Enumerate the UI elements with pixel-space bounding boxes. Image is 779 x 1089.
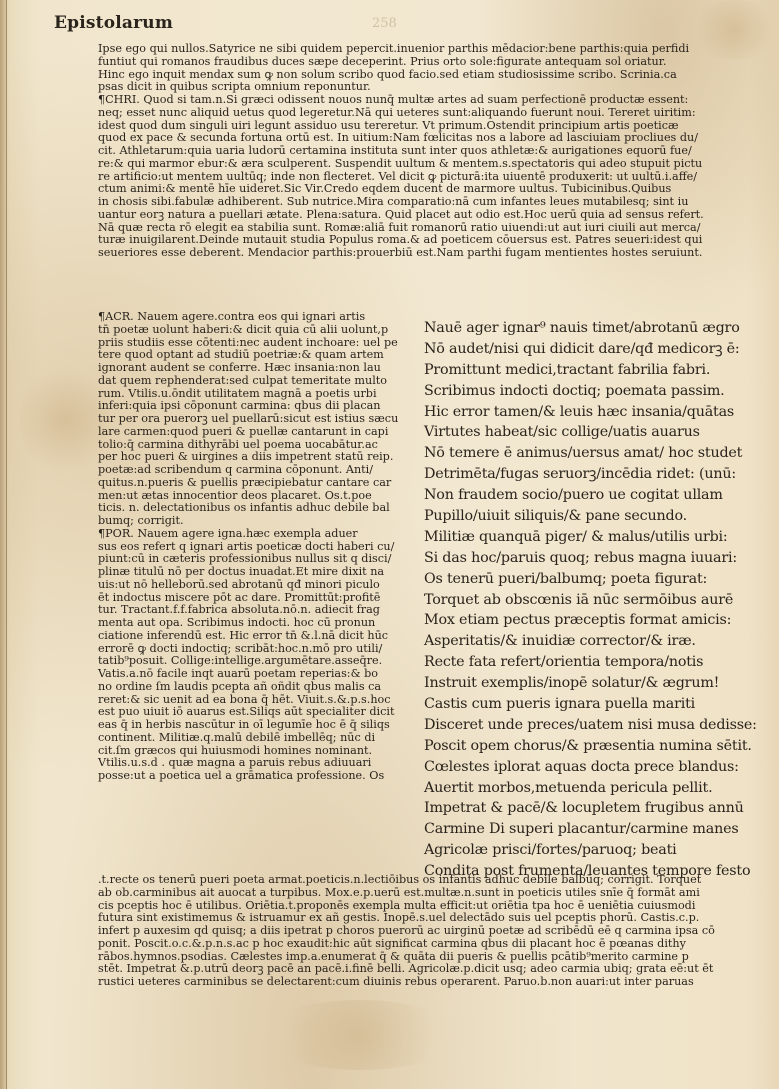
commentary-line: rustici ueteres carminibus se delectaren… [98, 976, 748, 989]
commentary-line: plinæ titulū nō per doctus inuadat.Et mi… [98, 566, 418, 579]
left-commentary: ¶ACR. Nauem agere.contra eos qui ignari … [98, 311, 418, 783]
commentary-line: continent. Militiæ.q.malū debilē imbellē… [98, 732, 418, 745]
commentary-line: quitus.n.pueris & puellis præcipiebatur … [98, 477, 418, 490]
verse-line: Recte fata refert/orientia tempora/notis [424, 652, 754, 673]
verse-line: Mox etiam pectus præceptis format amicis… [424, 610, 754, 631]
verse-line: Auertit morbos,metuenda pericula pellit. [424, 778, 754, 799]
verse-line: Torquet ab obscœnis iā nūc sermōibus aur… [424, 590, 754, 611]
verse-line: Si das hoc/paruis quoq; rebus magna iuua… [424, 548, 754, 569]
verse-line: Non fraudem socio/puero ue cogitat ullam [424, 485, 754, 506]
commentary-line: Ipse ego qui nullos.Satyrice ne sibi qui… [98, 43, 748, 56]
verse-line: Nauē ager ignar⁹ nauis timet/abrotanū æg… [424, 318, 754, 339]
verse-line: Nō temere ē animus/uersus amat/ hoc stud… [424, 443, 754, 464]
verse-line: Agricolæ prisci/fortes/paruoq; beati [424, 840, 754, 861]
verse-line: Impetrat & pacē/& locupletem frugibus an… [424, 798, 754, 819]
commentary-line: .t.recte os tenerū pueri poeta armat.poe… [98, 874, 748, 887]
commentary-line: tn̄ poetæ uolunt haberi:& dicit quia cū … [98, 324, 418, 337]
commentary-line: ignorant audent se conferre. Hæc insania… [98, 362, 418, 375]
verse-line: Detrimēta/fugas seruorꝫ/incēdia ridet: (… [424, 464, 754, 485]
commentary-line: Vatis.a.nō facile inqt auarū poetam repe… [98, 668, 418, 681]
commentary-line: ab ob.carminibus ait auocat a turpibus. … [98, 887, 748, 900]
folio-number-bleedthrough: 258 [372, 16, 397, 31]
verse-line: Pupillo/uiuit siliquis/& pane secundo. [424, 506, 754, 527]
verse-line: Disceret unde preces/uatem nisi musa ded… [424, 715, 754, 736]
commentary-line: bumq; corrigit. [98, 515, 418, 528]
commentary-line: ¶CHRI. Quod si tam.n.Si græci odissent n… [98, 94, 748, 107]
horace-verse-text: Nauē ager ignar⁹ nauis timet/abrotanū æg… [424, 318, 754, 882]
verse-line: Militiæ quanquā piger/ & malus/utilis ur… [424, 527, 754, 548]
scanned-book-page: Epistolarum 258 Ipse ego qui nullos.Saty… [0, 0, 779, 1089]
verse-line: Instruit exemplis/inopē solatur/& ægrum! [424, 673, 754, 694]
commentary-line: ¶ACR. Nauem agere.contra eos qui ignari … [98, 311, 418, 324]
commentary-line: cit. Athletarum:quia uaria ludorū certam… [98, 145, 748, 158]
verse-line: Castis cum pueris ignara puella mariti [424, 694, 754, 715]
commentary-line: posse:ut a poetica uel a grāmatica profe… [98, 770, 418, 783]
page-gutter-edge [0, 0, 7, 1089]
paper-stain [20, 360, 110, 480]
commentary-line: ciatione inferendū est. Hic error tn̄ &.… [98, 630, 418, 643]
commentary-line: neq; esset nunc aliquid uetus quod leger… [98, 107, 748, 120]
commentary-line: poetæ:ad scribendum q carmina cōponunt. … [98, 464, 418, 477]
verse-line: Scribimus indocti doctiq; poemata passim… [424, 381, 754, 402]
commentary-line: tur per ora puerorꝫ uel puellarū:sicut e… [98, 413, 418, 426]
commentary-line: uantur eorꝫ natura a puellari ætate. Ple… [98, 209, 748, 222]
verse-line: Carmine Di superi placantur/carmine mane… [424, 819, 754, 840]
commentary-line: eas q̄ in herbis nascūtur in oī legumīe … [98, 719, 418, 732]
commentary-line: ponit. Poscit.o.c.&.p.n.s.ac p hoc exaud… [98, 938, 748, 951]
verse-line: Hic error tamen/& leuis hæc insania/quāt… [424, 402, 754, 423]
commentary-line: re:& qui marmor ebur:& æra sculperent. S… [98, 158, 748, 171]
verse-line: Nō audet/nisi qui didicit dare/qđ medico… [424, 339, 754, 360]
commentary-line: dat quem rephenderat:sed culpat temerita… [98, 375, 418, 388]
commentary-line: seueriores esse deberent. Mendacior part… [98, 247, 748, 260]
verse-line: Poscit opem chorus/& præsentia numina sē… [424, 736, 754, 757]
commentary-line: ¶POR. Nauem agere igna.hæc exempla aduer [98, 528, 418, 541]
commentary-line: uis:ut nō helleborū.sed abrotanū qđ mino… [98, 579, 418, 592]
verse-line: Os tenerū pueri/balbumq; poeta figurat: [424, 569, 754, 590]
verse-line: Promittunt medici,tractant fabrilia fabr… [424, 360, 754, 381]
paper-stain [260, 1000, 460, 1070]
commentary-line: funtiut qui romanos fraudibus duces sæpe… [98, 56, 748, 69]
commentary-line: lare carmen:quod pueri & puellæ cantarun… [98, 426, 418, 439]
verse-line: Virtutes habeat/sic collige/uatis auarus [424, 422, 754, 443]
commentary-line: no ordine ſm laudis pcepta añ oñdit qbus… [98, 681, 418, 694]
verse-line: Asperitatis/& inuidiæ corrector/& iræ. [424, 631, 754, 652]
running-head: Epistolarum [54, 13, 173, 33]
verse-line: Cœlestes iplorat aquas docta prece bland… [424, 757, 754, 778]
bottom-commentary: .t.recte os tenerū pueri poeta armat.poe… [98, 874, 748, 989]
commentary-line: infert p auxesim qd quisq; a diis ipetra… [98, 925, 748, 938]
top-commentary: Ipse ego qui nullos.Satyrice ne sibi qui… [98, 43, 748, 260]
commentary-line: in chosis sibi.fabulæ adhiberent. Sub nu… [98, 196, 748, 209]
commentary-line: menta aut opa. Scribimus indocti. hoc cū… [98, 617, 418, 630]
